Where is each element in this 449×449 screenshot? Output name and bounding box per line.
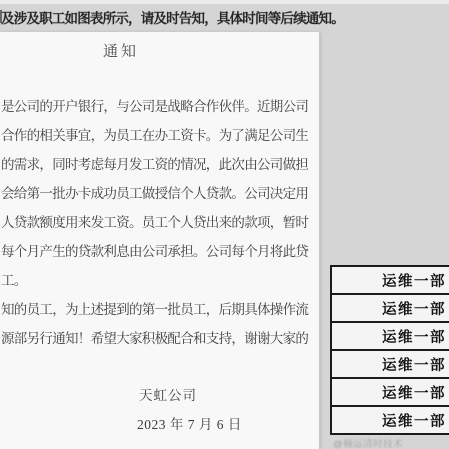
screenshot-root: 及涉及职工如图表所示，请及时告知，具体时间等后续通知。 通知 是公司的开户银行，… <box>0 0 449 449</box>
table-cell: 运维一部 <box>332 295 449 323</box>
top-edge-strip <box>0 0 449 4</box>
notice-document: 通知 是公司的开户银行，与公司是战略合作伙伴。近期公司 合作的相关事宜，为员工在… <box>0 32 320 449</box>
date: 2023 年 7 月 6 日 <box>137 413 242 433</box>
department-table: 运维一部 运维一部 运维一部 运维一部 运维一部 运维一部 <box>330 265 449 435</box>
table-cell: 运维一部 <box>332 267 449 295</box>
top-caption: 及涉及职工如图表所示，请及时告知，具体时间等后续通知。 <box>1 7 344 27</box>
body-line: 人贷款额度用来发工资。员工个人贷出来的款项，暂时 <box>1 208 308 237</box>
table-cell: 运维一部 <box>332 407 449 435</box>
body-line: 是公司的开户银行，与公司是战略合作伙伴。近期公司 <box>1 92 308 121</box>
table-cell: 运维一部 <box>332 351 449 379</box>
table-cell: 运维一部 <box>332 323 449 351</box>
document-title: 通知 <box>103 40 139 61</box>
body-line: 的需求，同时考虑每月发工资的情况，此次由公司做担 <box>1 150 308 179</box>
body-line: 合作的相关事宜，为员工在办工资卡。为了满足公司生 <box>1 121 308 150</box>
body-line: 工。 <box>1 266 308 295</box>
signature: 天虹公司 <box>139 384 197 404</box>
body-line: 知的员工，为上述提到的第一批员工，后期具体操作流 <box>1 295 308 324</box>
body-line: 源部另行通知！希望大家积极配合和支持，谢谢大家的 <box>1 324 308 353</box>
table-cell: 运维一部 <box>332 379 449 407</box>
document-body: 是公司的开户银行，与公司是战略合作伙伴。近期公司 合作的相关事宜，为员工在办工资… <box>1 92 308 353</box>
body-line: 每个月产生的贷款利息由公司承担。公司每个月将此贷 <box>1 237 308 266</box>
watermark: @楠运清时技术 <box>333 436 403 449</box>
body-line: 会给第一批办卡成功员工做授信个人贷款。公司决定用 <box>1 179 308 208</box>
